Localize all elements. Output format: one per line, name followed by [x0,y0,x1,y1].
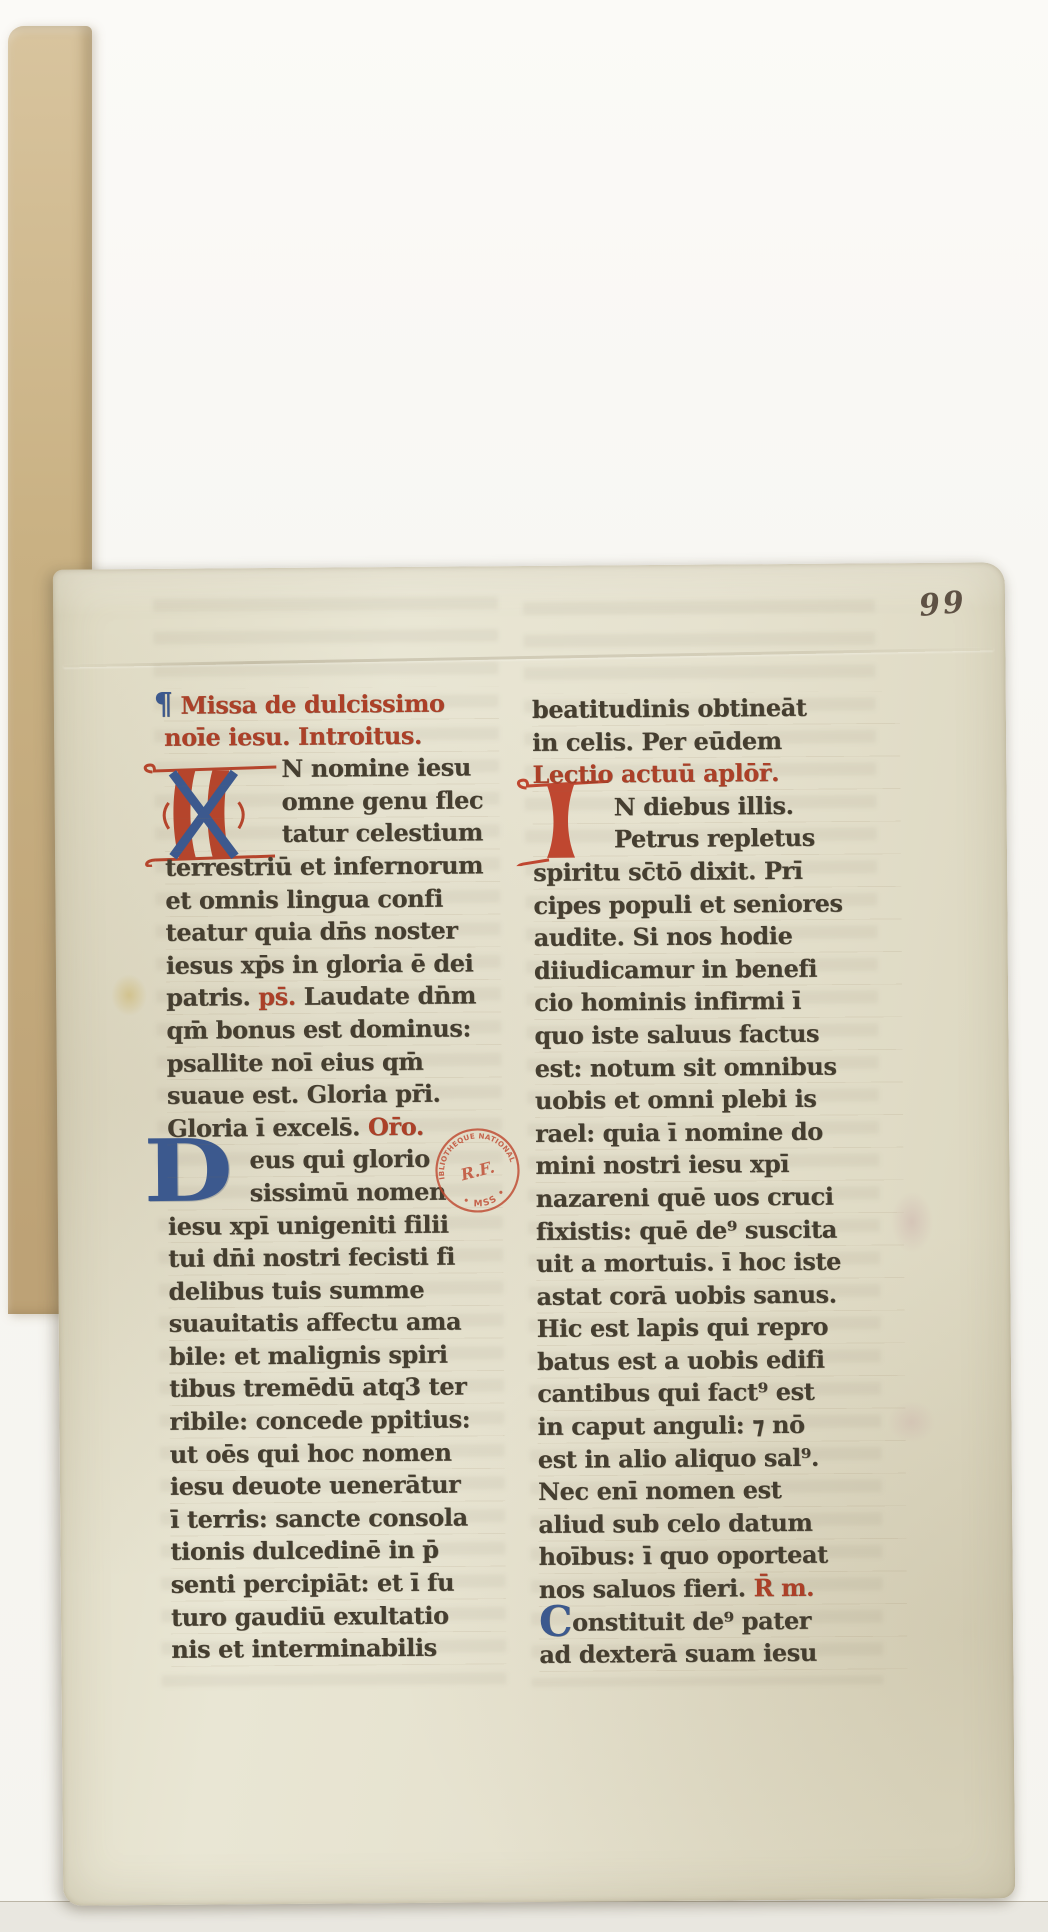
text-line: est in alio aliquo sal⁹. [538,1441,906,1476]
text-segment: uit a mortuis. ī hoc iste [536,1247,841,1278]
text-segment: Or̄o. [368,1112,424,1141]
text-segment: cantibus qui fact⁹ est [537,1377,814,1408]
text-segment: spiritu sc̄tō dixit. Prī [533,856,803,887]
text-segment: nis et interminabilis [171,1633,437,1664]
text-segment: terrestriū et infernorum [165,850,483,881]
text-segment: fixistis: quē de⁹ suscita [536,1214,837,1245]
text-segment: Hic est lapis qui repro [537,1312,829,1343]
text-segment: Missa de dulcissimo [172,689,444,720]
text-line: tionis dulcedinē in p̄ [170,1534,505,1569]
text-segment: tibus tremēdū atq3 ter [169,1372,466,1403]
text-line: nazareni quē uos cruci [536,1180,904,1215]
text-segment: quo iste saluus factus [534,1019,819,1050]
text-segment: batus est a uobis edifi [537,1345,825,1376]
text-line: noīe iesu. Introitus. [164,719,499,754]
text-line: tui dn̄i nostri fecisti fi [168,1240,503,1275]
text-line: turo gaudiū exultatio [171,1599,506,1634]
text-segment: suaue est. Gloria pr̄i. [167,1079,441,1110]
folio-number: 99 [918,585,969,624]
text-segment: tatur celestium [282,818,483,849]
text-segment: sissimū nomen [250,1177,447,1208]
text-segment: rael: quia ī nomine do [535,1116,823,1147]
text-line: ¶ Missa de dulcissimo [154,686,499,721]
text-segment: diiudicamur in benefi [534,954,817,985]
text-line: terrestriū et infernorum [165,849,500,884]
text-segment: astat corā uobis sanus. [536,1279,836,1310]
text-line: Constituit de⁹ pater [539,1604,907,1639]
text-line: batus est a uobis edifi [537,1343,905,1378]
text-line: N diebus illis. [533,789,901,824]
text-line: tibus tremēdū atq3 ter [169,1371,504,1406]
text-line: psallite noī eius qm̄ [167,1045,502,1080]
text-segment: onstituit de⁹ pater [572,1605,811,1636]
text-line: fixistis: quē de⁹ suscita [536,1213,904,1248]
text-segment: ps̄. [258,982,304,1011]
text-line: iesu deuote uenerātur [170,1468,505,1503]
text-line: ī terris: sancte consola [170,1501,505,1536]
text-segment: N nomine iesu [281,753,471,783]
text-line: omne genu flec [164,784,499,819]
text-line: astat corā uobis sanus. [536,1278,904,1313]
text-segment: ī terris: sancte consola [170,1502,468,1533]
text-segment: Nec enī nomen est [538,1475,782,1506]
text-segment: ribile: concede ppitius: [169,1405,470,1436]
text-line: iesus xp̄s in gloria ē dei [166,947,501,982]
table-surface-strip [0,1901,1048,1932]
text-line: bile: et malignis spiri [169,1338,504,1373]
stain [111,974,147,1016]
svg-text:R.F.: R.F. [458,1157,497,1184]
text-segment: cio hominis infirmi ī [534,986,801,1017]
text-segment: est: notum sit omnibus [535,1051,837,1082]
text-segment: uobis et omni plebi is [535,1084,817,1115]
text-segment: cipes populi et seniores [533,888,842,919]
text-segment: Gloria ī excels̄. [167,1112,368,1143]
text-line: et omnis lingua confi [165,882,500,917]
text-line: in caput anguli: ⁊ nō [537,1408,905,1443]
text-line: suaue est. Gloria pr̄i. [167,1077,502,1112]
text-segment: Petrus repletus [614,823,815,854]
text-segment: nazareni quē uos cruci [536,1182,834,1213]
text-line: cio hominis infirmi ī [534,984,902,1019]
text-line: audite. Si nos hodie [534,919,902,954]
text-line: spiritu sc̄tō dixit. Prī [533,854,901,889]
text-line: mini nostri iesu xpī [535,1147,903,1182]
text-line: rael: quia ī nomine do [535,1115,903,1150]
paraph-mark: ¶ [154,687,173,722]
right-text-column: beatitudinis obtineātin celis. Per eūdem… [532,691,908,1672]
text-line: Hic est lapis qui repro [537,1310,905,1345]
text-segment: est in alio aliquo sal⁹. [538,1442,819,1473]
text-segment: in celis. Per eūdem [532,726,782,757]
text-segment: R̄ m. [753,1573,814,1602]
text-segment: Laudate dn̄m [304,981,476,1011]
text-segment: omne genu flec [281,785,483,816]
text-segment: et omnis lingua confi [165,883,443,914]
text-line: teatur quia dn̄s noster [165,914,500,949]
text-line: N nomine iesu [164,751,499,786]
text-segment: patris. [166,983,258,1013]
photograph-backdrop: { "document": { "kind": "illuminated-man… [0,0,1048,1932]
text-line: aliud sub celo datum [538,1506,906,1541]
manuscript-leaf: 99 D ¶ Missa de dulcissimonoīe iesu. Int… [53,562,1015,1905]
text-segment: N diebus illis. [614,791,794,821]
text-line: uit a mortuis. ī hoc iste [536,1245,904,1280]
text-segment: aliud sub celo datum [538,1508,812,1539]
text-segment: turo gaudiū exultatio [171,1600,449,1631]
text-segment: ut oēs qui hoc nomen [170,1437,452,1468]
text-line: ad dexterā suam iesu [539,1636,907,1671]
text-line: qm̄ bonus est dominus: [166,1012,501,1047]
text-line: nos saluos fieri. R̄ m. [539,1571,907,1606]
text-segment: ad dexterā suam iesu [539,1638,817,1669]
text-segment: iesu deuote uenerātur [170,1470,461,1501]
text-segment: mini nostri iesu xpī [535,1149,789,1180]
text-line: hoībus: ī quo oporteat [538,1539,906,1574]
text-segment: audite. Si nos hodie [534,921,793,952]
text-line: uobis et omni plebi is [535,1082,903,1117]
text-line: senti percipiāt: et ī fu [171,1566,506,1601]
text-segment: hoībus: ī quo oporteat [538,1540,827,1571]
text-segment: iesus xp̄s in gloria ē dei [166,948,474,979]
text-line: est: notum sit omnibus [535,1050,903,1085]
text-line: cipes populi et seniores [533,887,901,922]
text-segment: senti percipiāt: et ī fu [171,1568,455,1599]
text-segment: qm̄ bonus est dominus: [166,1013,471,1044]
text-segment: in caput anguli: ⁊ nō [537,1410,804,1441]
text-line: tatur celestium [165,817,500,852]
text-line: ribile: concede ppitius: [169,1403,504,1438]
text-line: Petrus repletus [533,821,901,856]
text-line: cantibus qui fact⁹ est [537,1376,905,1411]
text-line: nis et interminabilis [171,1631,506,1666]
text-segment: noīe iesu. Introitus. [164,720,422,751]
text-segment: bile: et malignis spiri [169,1340,448,1371]
text-segment: tionis dulcedinē in p̄ [170,1535,438,1566]
text-line: diiudicamur in benefi [534,952,902,987]
text-line: Nec enī nomen est [538,1473,906,1508]
text-segment: beatitudinis obtineāt [532,693,807,724]
text-line: patris. ps̄. Laudate dn̄m [166,980,501,1015]
text-line: Lectio actuū aplōr̄. [532,756,900,791]
text-segment: suauitatis affectu ama [169,1307,462,1338]
text-line: suauitatis affectu ama [169,1306,504,1341]
text-segment: delibus tuis summe [168,1275,424,1306]
text-line: ut oēs qui hoc nomen [170,1436,505,1471]
text-segment: iesu xpī unigeniti filii [168,1209,449,1240]
text-line: beatitudinis obtineāt [532,691,900,726]
text-segment: psallite noī eius qm̄ [167,1046,424,1077]
text-segment: Lectio actuū aplōr̄. [532,758,779,789]
text-segment: tui dn̄i nostri fecisti fi [168,1242,455,1273]
text-line: quo iste saluus factus [534,1017,902,1052]
text-line: delibus tuis summe [168,1273,503,1308]
text-segment: eus qui glorio [249,1144,430,1174]
text-line: in celis. Per eūdem [532,724,900,759]
text-segment: teatur quia dn̄s noster [166,916,458,947]
